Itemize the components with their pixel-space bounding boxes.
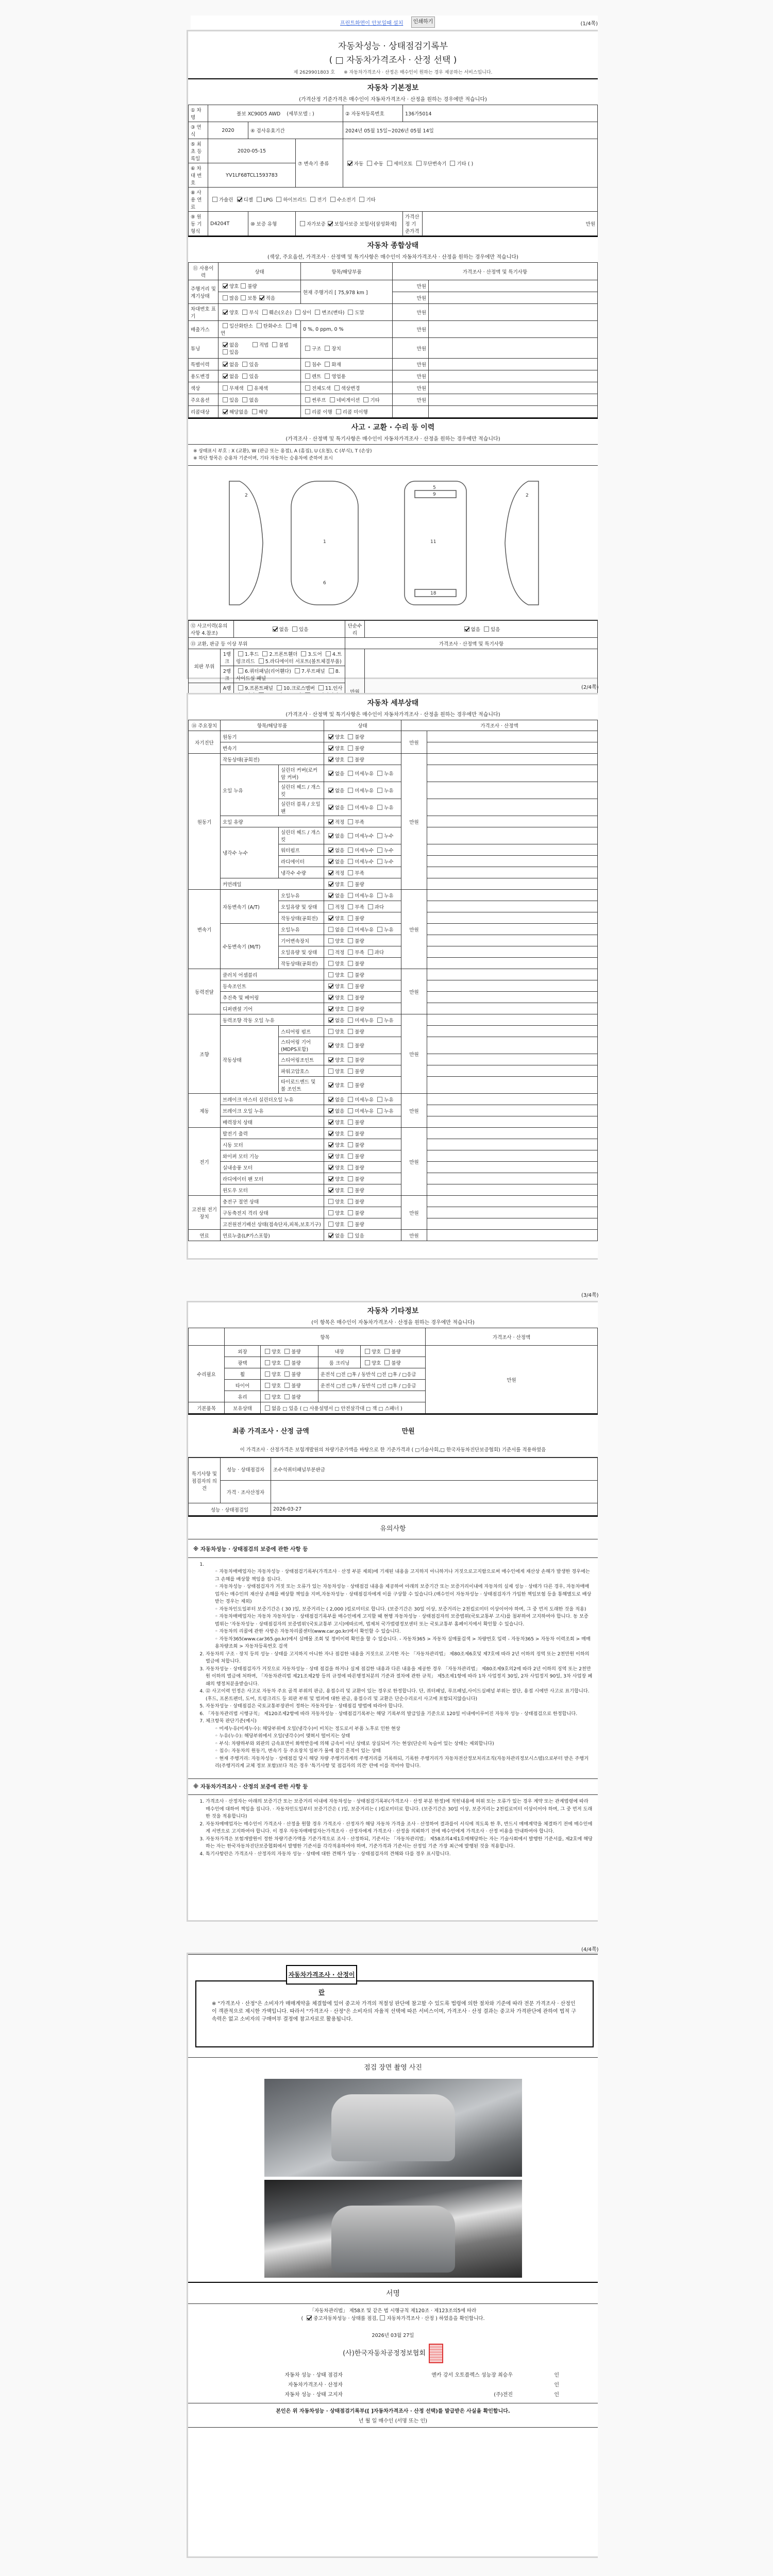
vin: YV1LF68TCL1593783 xyxy=(208,163,296,188)
checkbox-checked[interactable] xyxy=(328,757,333,762)
header: 항목/해당부품 xyxy=(301,263,393,280)
option-label: 부족 xyxy=(355,905,364,910)
checkbox-checked[interactable] xyxy=(328,833,333,838)
checkbox[interactable] xyxy=(305,374,310,379)
checkbox[interactable] xyxy=(348,1210,353,1215)
checkbox[interactable] xyxy=(328,961,333,966)
inspection-date: 2026-03-27 xyxy=(271,1503,598,1516)
checkbox[interactable] xyxy=(368,904,373,909)
option-label: 없음 xyxy=(335,834,344,839)
option-label: 기타 xyxy=(366,197,375,203)
label: ③ 연식 xyxy=(189,122,208,139)
checkbox[interactable] xyxy=(348,833,353,838)
legend: ※ 상태표시 부호 : X (교환), W (판금 또는 용접), A (흠집)… xyxy=(193,448,593,455)
checkbox[interactable] xyxy=(348,1199,353,1204)
checkbox[interactable] xyxy=(328,938,333,943)
checkbox[interactable] xyxy=(305,346,310,351)
checkbox[interactable] xyxy=(348,893,353,898)
option-label: 해당 xyxy=(259,410,268,415)
option-label: 양호 xyxy=(335,746,344,752)
checkbox[interactable] xyxy=(328,904,333,909)
checkbox[interactable] xyxy=(348,1097,353,1102)
option-label: 불량 xyxy=(355,1120,364,1126)
accident-options: 없음 있음 xyxy=(234,621,345,638)
checkbox[interactable] xyxy=(257,197,262,202)
checkbox[interactable] xyxy=(330,197,335,202)
checkbox[interactable] xyxy=(484,626,489,632)
checkbox[interactable] xyxy=(377,805,382,810)
checkbox[interactable] xyxy=(328,950,333,955)
checkbox[interactable] xyxy=(276,197,281,202)
checkbox[interactable] xyxy=(212,197,217,202)
option-label: 없음 xyxy=(279,627,289,633)
checkbox[interactable] xyxy=(300,221,305,226)
checkbox[interactable] xyxy=(348,1233,353,1238)
checkbox[interactable] xyxy=(348,1069,353,1074)
checkbox[interactable] xyxy=(387,161,392,166)
option-label: 누유 xyxy=(384,1097,393,1103)
checkbox[interactable] xyxy=(247,385,253,391)
checkbox[interactable] xyxy=(348,1176,353,1181)
option-label: 가솔린 xyxy=(219,197,233,203)
checkbox-checked[interactable] xyxy=(328,734,333,739)
checkbox[interactable] xyxy=(348,1188,353,1193)
checkbox[interactable] xyxy=(262,651,267,656)
checkbox-checked[interactable] xyxy=(273,626,278,632)
checkbox-checked[interactable] xyxy=(328,1165,333,1170)
checkbox[interactable] xyxy=(377,848,382,853)
checkbox-checked[interactable] xyxy=(328,1142,333,1147)
checkbox-checked[interactable] xyxy=(328,848,333,853)
option-label: 없음 xyxy=(335,893,344,899)
checkbox[interactable] xyxy=(241,283,246,289)
checkbox[interactable] xyxy=(241,295,246,300)
checkbox[interactable] xyxy=(318,685,324,690)
option-label: 전기 xyxy=(317,197,326,203)
checkbox-checked[interactable] xyxy=(464,626,469,632)
table-row: 라디에이터 팬 모터양호 불량 xyxy=(189,1173,598,1184)
option-label: 불량 xyxy=(391,1361,400,1366)
label: 주요옵션 xyxy=(189,394,219,406)
checkbox-checked[interactable] xyxy=(328,788,333,793)
checkbox-checked[interactable] xyxy=(328,1082,333,1088)
checkbox-checked[interactable] xyxy=(328,1233,333,1238)
table-row: 변속기양호 불량 xyxy=(189,742,598,754)
checkbox[interactable] xyxy=(284,1349,290,1354)
checkbox-checked[interactable] xyxy=(328,1188,333,1193)
checkbox[interactable] xyxy=(348,805,353,810)
option-label: 누유 xyxy=(384,805,393,811)
option-label: 영업용 xyxy=(331,374,346,380)
svg-text:5: 5 xyxy=(433,485,436,490)
option-label: 없음 xyxy=(335,859,344,865)
checkbox[interactable] xyxy=(384,1360,390,1365)
checkbox[interactable] xyxy=(348,859,353,864)
checkbox-checked[interactable] xyxy=(328,1108,333,1113)
checkbox[interactable] xyxy=(348,1120,353,1125)
option-label: 없음 xyxy=(335,848,344,854)
checkbox-checked[interactable] xyxy=(328,221,333,226)
checkbox[interactable] xyxy=(295,668,300,673)
checkbox[interactable] xyxy=(242,374,247,379)
checkbox[interactable] xyxy=(259,658,264,664)
option-label: 구조 xyxy=(312,346,321,352)
svg-text:6: 6 xyxy=(323,581,326,586)
print-button[interactable]: 인쇄하기 xyxy=(411,16,435,28)
option-label: 양호 xyxy=(335,1058,344,1063)
basic-info-subtitle: (가격산정 기준가격은 매수인이 자동차가격조사 · 산정을 원하는 경우에만 … xyxy=(188,93,598,105)
table-row: 윈도우 모터양호 불량 xyxy=(189,1184,598,1196)
option-label: 세미오토 xyxy=(394,161,413,167)
checkbox[interactable] xyxy=(348,1043,353,1048)
checkbox[interactable] xyxy=(348,870,353,875)
option-label: 양호 xyxy=(335,939,344,944)
checkbox-checked[interactable] xyxy=(328,1043,333,1048)
checkbox[interactable] xyxy=(325,374,330,379)
checkbox[interactable] xyxy=(284,1394,290,1399)
option-label: 양호 xyxy=(335,1143,344,1148)
checkbox[interactable] xyxy=(377,788,382,793)
signer-row: 자동차 성능 · 상태 점검자엔카 강서 오토플렉스 성능장 최승우인 xyxy=(188,2370,598,2380)
checkbox-checked[interactable] xyxy=(328,859,333,864)
checkbox[interactable] xyxy=(295,310,300,315)
option-label: 누유 xyxy=(384,893,393,899)
option-label: 미세누유 xyxy=(355,788,374,794)
checkbox-checked[interactable] xyxy=(328,995,333,1000)
checkbox[interactable] xyxy=(368,950,373,955)
option-label: 없음 xyxy=(335,1233,344,1239)
checkbox-checked[interactable] xyxy=(328,1131,333,1136)
option-label: 양호 xyxy=(335,735,344,740)
svg-text:9: 9 xyxy=(433,492,436,497)
option-label: 양호 xyxy=(335,1043,344,1049)
label: ⑩ 보증 유형 xyxy=(248,212,296,236)
checkbox[interactable] xyxy=(348,1131,353,1136)
car-diagram: 2259 111816 xyxy=(188,466,598,620)
option-label: 양호 xyxy=(335,1188,344,1194)
checkbox[interactable] xyxy=(348,1165,353,1170)
checkbox[interactable] xyxy=(328,1210,333,1215)
option-label: 침수 xyxy=(312,362,321,368)
option-label: 양호 xyxy=(335,1177,344,1182)
option-label: 수동 xyxy=(374,161,383,167)
checkbox[interactable] xyxy=(286,323,291,328)
checkbox-checked[interactable] xyxy=(223,283,228,289)
table-row: 디퍼렌셜 기어양호 불량 xyxy=(189,1003,598,1014)
print-help-link[interactable]: 프린트화면이 안보일때 설치 xyxy=(340,19,403,26)
checkbox[interactable] xyxy=(326,651,331,656)
checkbox[interactable] xyxy=(348,848,353,853)
checkbox-checked[interactable] xyxy=(328,1120,333,1125)
checkbox[interactable] xyxy=(348,757,353,762)
checkbox[interactable] xyxy=(315,310,320,315)
checkbox[interactable] xyxy=(238,668,243,673)
option-label: 양호 xyxy=(335,916,344,922)
table-row: 작동상태스티어링 펌프양호 불량 xyxy=(189,1026,598,1037)
checkbox-checked[interactable] xyxy=(328,819,333,824)
checkbox[interactable] xyxy=(328,1222,333,1227)
basic-info-table: ① 차명볼보 XC90D5 AWD (세부모델 : )② 자동차등록번호136가… xyxy=(188,105,598,236)
checkbox-checked[interactable] xyxy=(223,374,228,379)
checkbox[interactable] xyxy=(348,927,353,932)
checkbox[interactable] xyxy=(377,893,382,898)
confirm-option: 자동차가격조사 · 산정 ) 하였음을 확인합니다. xyxy=(386,2316,484,2321)
checkbox[interactable] xyxy=(336,409,341,414)
option-label: 없음 xyxy=(335,927,344,933)
checkbox[interactable] xyxy=(253,342,258,347)
checkbox[interactable] xyxy=(348,1154,353,1159)
option-label: 렌트 xyxy=(312,374,321,380)
checkbox[interactable] xyxy=(328,1069,333,1074)
checkbox[interactable] xyxy=(265,1405,270,1411)
checkbox-checked[interactable] xyxy=(328,893,333,898)
checkbox[interactable] xyxy=(262,310,267,315)
checkbox-checked[interactable] xyxy=(223,342,228,347)
checkbox[interactable] xyxy=(377,1018,382,1023)
checkbox-checked[interactable] xyxy=(223,362,228,367)
page-2: 자동차 세부상태 (가격조사 · 산정액 및 특기사항은 매수인이 자동차가격조… xyxy=(187,693,598,1260)
option-label: 불량 xyxy=(355,1007,364,1012)
checkbox[interactable] xyxy=(348,1057,353,1062)
checkbox[interactable] xyxy=(223,295,228,300)
option-label: 전체도색 xyxy=(312,386,331,392)
checkbox[interactable] xyxy=(359,197,364,202)
checkbox[interactable] xyxy=(301,651,306,656)
option-label: 양호 xyxy=(335,1007,344,1012)
checkbox[interactable] xyxy=(242,397,247,402)
svg-text:18: 18 xyxy=(430,591,436,596)
checkbox-checked[interactable] xyxy=(328,1176,333,1181)
option-label: 미세누수 xyxy=(355,834,374,839)
option-label: 양호 xyxy=(335,882,344,888)
checkbox[interactable] xyxy=(305,385,310,391)
option-label: 양호 xyxy=(272,1372,281,1378)
checkbox-checked[interactable] xyxy=(237,197,242,202)
checkbox[interactable] xyxy=(450,161,455,166)
checkbox[interactable] xyxy=(384,1349,390,1354)
checkbox-checked[interactable] xyxy=(223,409,228,414)
checkbox[interactable] xyxy=(223,323,228,328)
checkbox[interactable] xyxy=(252,409,257,414)
checkbox[interactable] xyxy=(238,651,243,656)
checkbox[interactable] xyxy=(265,1383,270,1388)
checkbox-checked[interactable] xyxy=(328,1154,333,1159)
checkbox-checked[interactable] xyxy=(259,295,264,300)
checkbox[interactable] xyxy=(305,409,310,414)
checkbox[interactable] xyxy=(257,323,262,328)
detail-subtitle: (가격조사 · 산정액 및 특기사항은 매수인이 자동차가격조사 · 산정을 원… xyxy=(188,708,598,720)
checkbox[interactable] xyxy=(328,1029,333,1034)
checkbox[interactable] xyxy=(310,197,315,202)
checkbox[interactable] xyxy=(223,397,228,402)
checkbox[interactable] xyxy=(305,397,310,402)
checkbox[interactable] xyxy=(284,1360,290,1365)
checkbox[interactable] xyxy=(377,1097,382,1102)
option-label: 불량 xyxy=(355,1131,364,1137)
checkbox-checked[interactable] xyxy=(328,870,333,875)
checkbox[interactable] xyxy=(348,310,353,315)
checkbox[interactable] xyxy=(328,927,333,932)
checkbox[interactable] xyxy=(377,1108,382,1113)
checkbox[interactable] xyxy=(348,1029,353,1034)
option-label: 적정 xyxy=(335,871,344,876)
checkbox[interactable] xyxy=(284,1371,290,1377)
option-label: 불량 xyxy=(355,882,364,888)
header: ⑪ 사용이력 xyxy=(189,263,219,280)
unit: 만원 xyxy=(423,212,598,236)
checkbox[interactable] xyxy=(305,362,310,367)
checkbox[interactable] xyxy=(377,859,382,864)
checkbox[interactable] xyxy=(348,1222,353,1227)
checkbox[interactable] xyxy=(277,685,282,690)
option-label: 부족 xyxy=(355,871,364,876)
option-label: 양호 xyxy=(229,310,239,316)
checkbox-checked[interactable] xyxy=(328,984,333,989)
checkbox[interactable] xyxy=(348,1142,353,1147)
checkbox[interactable] xyxy=(242,310,247,315)
checkbox[interactable] xyxy=(363,397,368,402)
checkbox[interactable] xyxy=(377,771,382,776)
table-row: 수동변속기 (M/T)오일누유없음 미세누유 누유 xyxy=(189,924,598,935)
table-row: 동력전달클러치 어셈블리양호 불량만원 xyxy=(189,969,598,980)
checkbox-checked[interactable] xyxy=(328,1097,333,1102)
option-label: 불량 xyxy=(355,1043,364,1049)
label: ① 차명 xyxy=(189,105,208,122)
option-label: 변조(변타) xyxy=(322,310,344,316)
checkbox-checked[interactable] xyxy=(328,882,333,887)
checkbox[interactable] xyxy=(325,346,330,351)
checkbox[interactable] xyxy=(348,882,353,887)
checkbox[interactable] xyxy=(328,1199,333,1204)
checkbox[interactable] xyxy=(348,771,353,776)
option-label: 불량 xyxy=(355,1083,364,1089)
checkbox[interactable] xyxy=(272,342,277,347)
checkbox[interactable] xyxy=(380,2315,385,2320)
checkbox[interactable] xyxy=(348,1018,353,1023)
option-label: 미세누유 xyxy=(355,1109,374,1114)
checkbox-checked[interactable] xyxy=(307,2315,312,2320)
checkbox[interactable] xyxy=(348,745,353,751)
option-label: 양호 xyxy=(335,1154,344,1160)
signer-row: 자동차가격조사 · 산정자인 xyxy=(188,2380,598,2390)
option-label: 양호 xyxy=(335,1222,344,1228)
option-label: 없음 xyxy=(335,805,344,811)
checkbox[interactable] xyxy=(367,161,372,166)
checkbox[interactable] xyxy=(328,972,333,977)
checkbox[interactable] xyxy=(348,1108,353,1113)
option-label: 있음 xyxy=(229,398,239,403)
checkbox[interactable] xyxy=(348,916,353,921)
checkbox-checked[interactable] xyxy=(328,805,333,810)
checkbox[interactable] xyxy=(223,349,228,354)
checkbox[interactable] xyxy=(265,1371,270,1377)
overall-status-table: ⑪ 사용이력상태항목/해당부품가격조사 · 산정액 및 특기사항 주행거리 및 … xyxy=(188,262,598,418)
label: 주행거리 및 계기상태 xyxy=(189,280,219,304)
checkbox[interactable] xyxy=(348,1006,353,1011)
other-info-table: 항목가격조사 · 산정액 수리필요외장양호 불량내장양호 불량만원광택양호 불량… xyxy=(188,1328,598,1414)
label: 단순수리 xyxy=(345,621,365,638)
checkbox-checked[interactable] xyxy=(223,310,228,315)
option-label: 양호 xyxy=(335,973,344,978)
checkbox[interactable] xyxy=(377,833,382,838)
checkbox[interactable] xyxy=(238,685,243,690)
option-label: 양호 xyxy=(272,1349,281,1355)
checkbox[interactable] xyxy=(348,734,353,739)
checkbox[interactable] xyxy=(365,1349,370,1354)
label: ⑨ 원동 기형식 xyxy=(189,212,208,236)
checkbox[interactable] xyxy=(365,1360,370,1365)
checkbox[interactable] xyxy=(348,1082,353,1088)
label: 용도변경 xyxy=(189,370,219,382)
checkbox-checked[interactable] xyxy=(328,916,333,921)
option-label: 없음 xyxy=(335,788,344,794)
option-label: 색상변경 xyxy=(341,386,360,392)
checkbox[interactable] xyxy=(348,950,353,955)
checkbox[interactable] xyxy=(348,972,353,977)
checkbox-checked[interactable] xyxy=(328,771,333,776)
page-number: (4/4쪽) xyxy=(581,1945,764,1953)
checkbox[interactable] xyxy=(330,397,335,402)
table-row: 조향동력조향 작동 오일 누유없음 미세누유 누유만원 xyxy=(189,1014,598,1026)
svg-text:1: 1 xyxy=(323,539,326,545)
option-label: LPG xyxy=(263,197,273,203)
detail-status-table: ⑭ 주요장치항목/해당부품상태가격조사 · 산정액 자기진단원동기양호 불량만원… xyxy=(188,720,598,1241)
option-label: 양호 xyxy=(335,1199,344,1205)
checkbox[interactable] xyxy=(223,385,228,391)
option-label: 미세누유 xyxy=(355,1018,374,1024)
checkbox[interactable] xyxy=(329,668,334,673)
checkbox[interactable] xyxy=(242,362,247,367)
option-label: 없음 xyxy=(229,374,239,380)
checkbox[interactable] xyxy=(284,1383,290,1388)
model-year: 2020 xyxy=(208,122,248,139)
checkbox[interactable] xyxy=(348,788,353,793)
label: ② 자동차등록번호 xyxy=(343,105,403,122)
label: 가격조사 · 산정액 및 특기사항 xyxy=(345,638,598,649)
checkbox[interactable] xyxy=(265,1394,270,1399)
checkbox[interactable] xyxy=(348,819,353,824)
checkbox[interactable] xyxy=(416,161,422,166)
label: 배출가스 xyxy=(189,321,219,338)
checkbox[interactable] xyxy=(348,904,353,909)
notices-heading: ※ 자동차성능 · 상태점검의 보증에 관한 사항 등 xyxy=(188,1541,598,1558)
checkbox[interactable] xyxy=(325,362,330,367)
option-label: 훼손(오손) xyxy=(269,310,292,316)
checkbox-checked[interactable] xyxy=(328,1018,333,1023)
option-label: 미세누수 xyxy=(355,859,374,865)
checkbox[interactable] xyxy=(348,995,353,1000)
checkbox[interactable] xyxy=(334,385,340,391)
checkbox-checked[interactable] xyxy=(328,1006,333,1011)
option-label: 불량 xyxy=(355,746,364,752)
header: 가격조사 · 산정액 xyxy=(401,720,598,731)
checkbox[interactable] xyxy=(348,961,353,966)
checkbox[interactable] xyxy=(348,984,353,989)
signer-row: 자동차 성능 · 상태 고지자(주)전진인 xyxy=(188,2390,598,2400)
header: 상태 xyxy=(324,720,401,731)
option-label: 미세누유 xyxy=(355,927,374,933)
unit: 만원 xyxy=(393,280,429,292)
checkbox[interactable] xyxy=(265,1349,270,1354)
checkbox-checked[interactable] xyxy=(328,745,333,751)
checkbox-checked[interactable] xyxy=(328,1057,333,1062)
checkbox[interactable] xyxy=(292,626,297,632)
checkbox[interactable] xyxy=(377,927,382,932)
checkbox-checked[interactable] xyxy=(347,161,352,166)
checkbox[interactable] xyxy=(265,1360,270,1365)
table-row: 변속기자동변속기 (A/T)오일누유없음 미세누유 누유만원 xyxy=(189,890,598,901)
checkbox[interactable] xyxy=(348,938,353,943)
